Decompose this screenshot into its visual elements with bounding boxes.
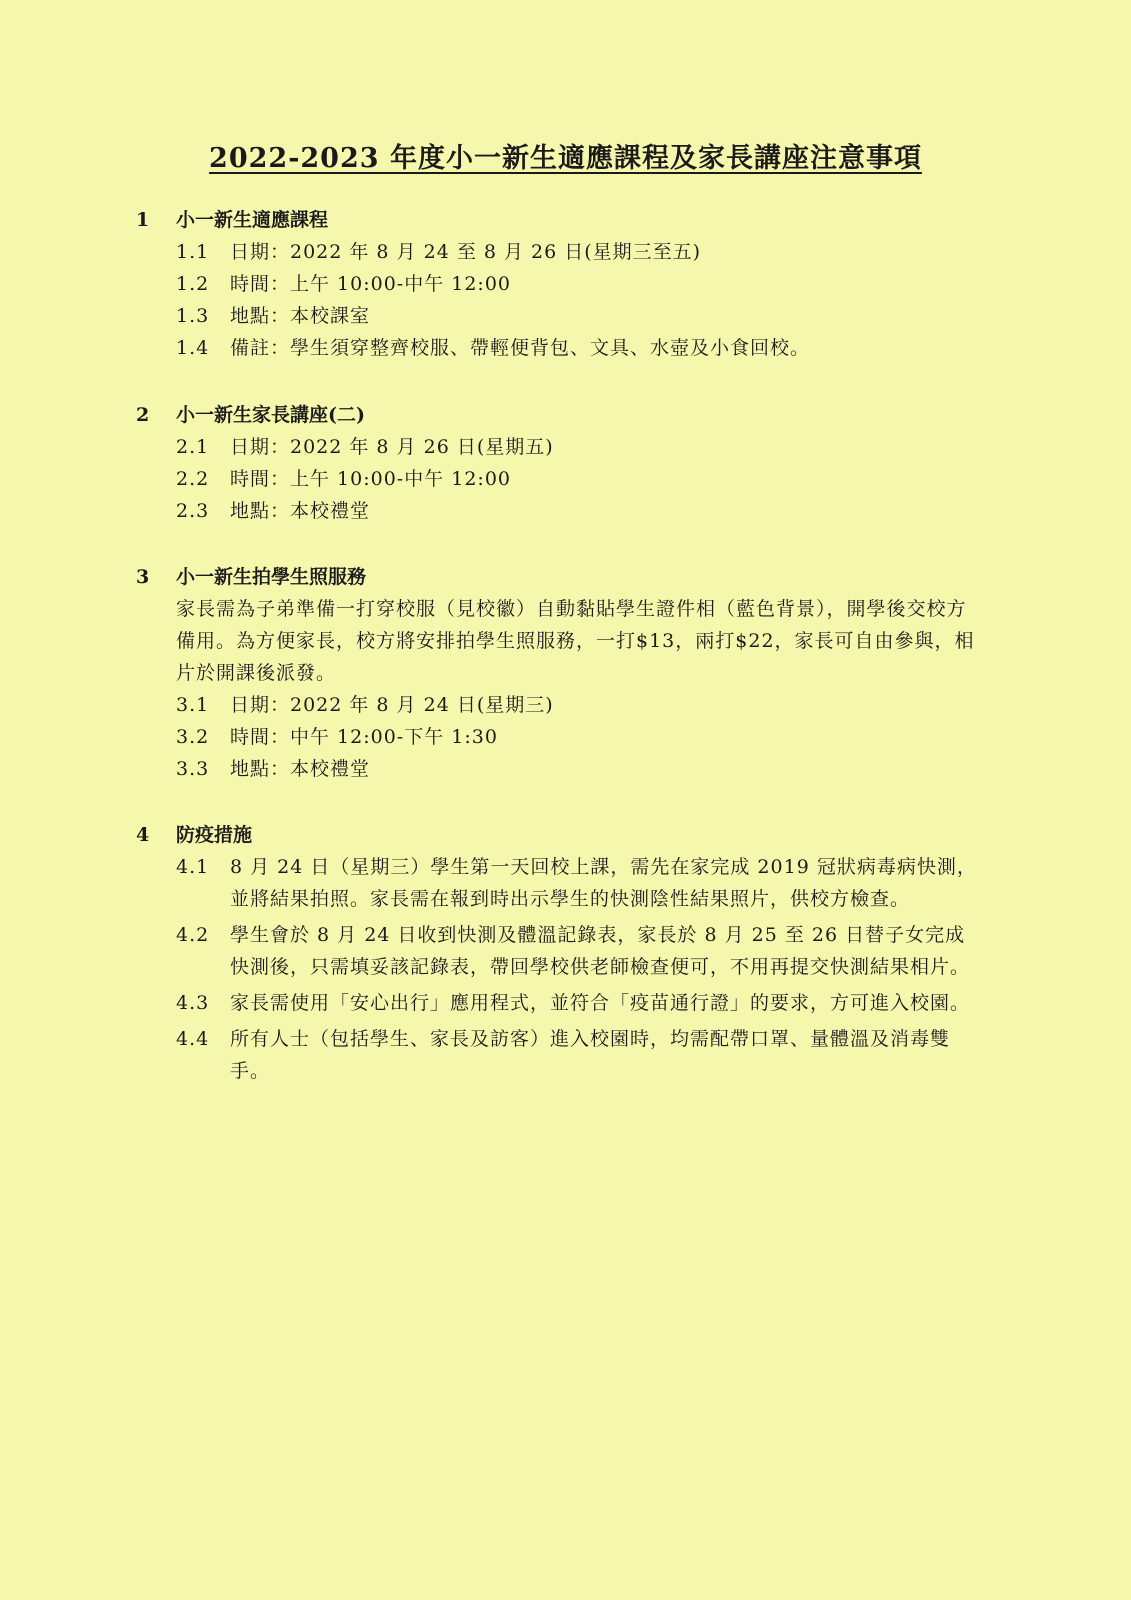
list-item: 4.18 月 24 日（星期三）學生第一天回校上課，需先在家完成 2019 冠狀…	[136, 851, 996, 915]
section-paragraph: 家長需為子弟準備一打穿校服（見校徽）自動黏貼學生證件相（藍色背景），開學後交校方…	[136, 593, 976, 689]
list-item: 2.1日期：2022 年 8 月 26 日(星期五)	[136, 431, 996, 463]
list-item: 1.1日期：2022 年 8 月 24 至 8 月 26 日(星期三至五)	[136, 236, 996, 268]
list-item: 4.3家長需使用「安心出行」應用程式，並符合「疫苗通行證」的要求，方可進入校園。	[136, 987, 996, 1019]
list-item: 3.3地點：本校禮堂	[136, 753, 996, 785]
section-heading: 4 防疫措施	[136, 819, 996, 851]
list-item: 1.4備註：學生須穿整齊校服、帶輕便背包、文具、水壺及小食回校。	[136, 332, 996, 364]
list-item: 3.2時間：中午 12:00-下午 1:30	[136, 721, 996, 753]
list-item: 2.2時間：上午 10:00-中午 12:00	[136, 463, 996, 495]
list-item: 4.2學生會於 8 月 24 日收到快測及體溫記錄表，家長於 8 月 25 至 …	[136, 919, 996, 983]
section-heading: 1 小一新生適應課程	[136, 204, 996, 236]
document-title: 2022-2023 年度小一新生適應課程及家長講座注意事項	[0, 136, 1131, 175]
section-epidemic-measures: 4 防疫措施 4.18 月 24 日（星期三）學生第一天回校上課，需先在家完成 …	[136, 819, 996, 1087]
list-item: 1.2時間：上午 10:00-中午 12:00	[136, 268, 996, 300]
list-item: 2.3地點：本校禮堂	[136, 495, 996, 527]
section-heading: 3 小一新生拍學生照服務	[136, 561, 996, 593]
section-parent-talk: 2 小一新生家長講座(二) 2.1日期：2022 年 8 月 26 日(星期五)…	[136, 399, 996, 527]
list-item: 4.4所有人士（包括學生、家長及訪客）進入校園時，均需配帶口罩、量體溫及消毒雙手…	[136, 1023, 996, 1087]
list-item: 3.1日期：2022 年 8 月 24 日(星期三)	[136, 689, 996, 721]
list-item: 1.3地點：本校課室	[136, 300, 996, 332]
section-heading: 2 小一新生家長講座(二)	[136, 399, 996, 431]
section-student-photo: 3 小一新生拍學生照服務 家長需為子弟準備一打穿校服（見校徽）自動黏貼學生證件相…	[136, 561, 996, 785]
section-adaptation-course: 1 小一新生適應課程 1.1日期：2022 年 8 月 24 至 8 月 26 …	[136, 204, 996, 364]
